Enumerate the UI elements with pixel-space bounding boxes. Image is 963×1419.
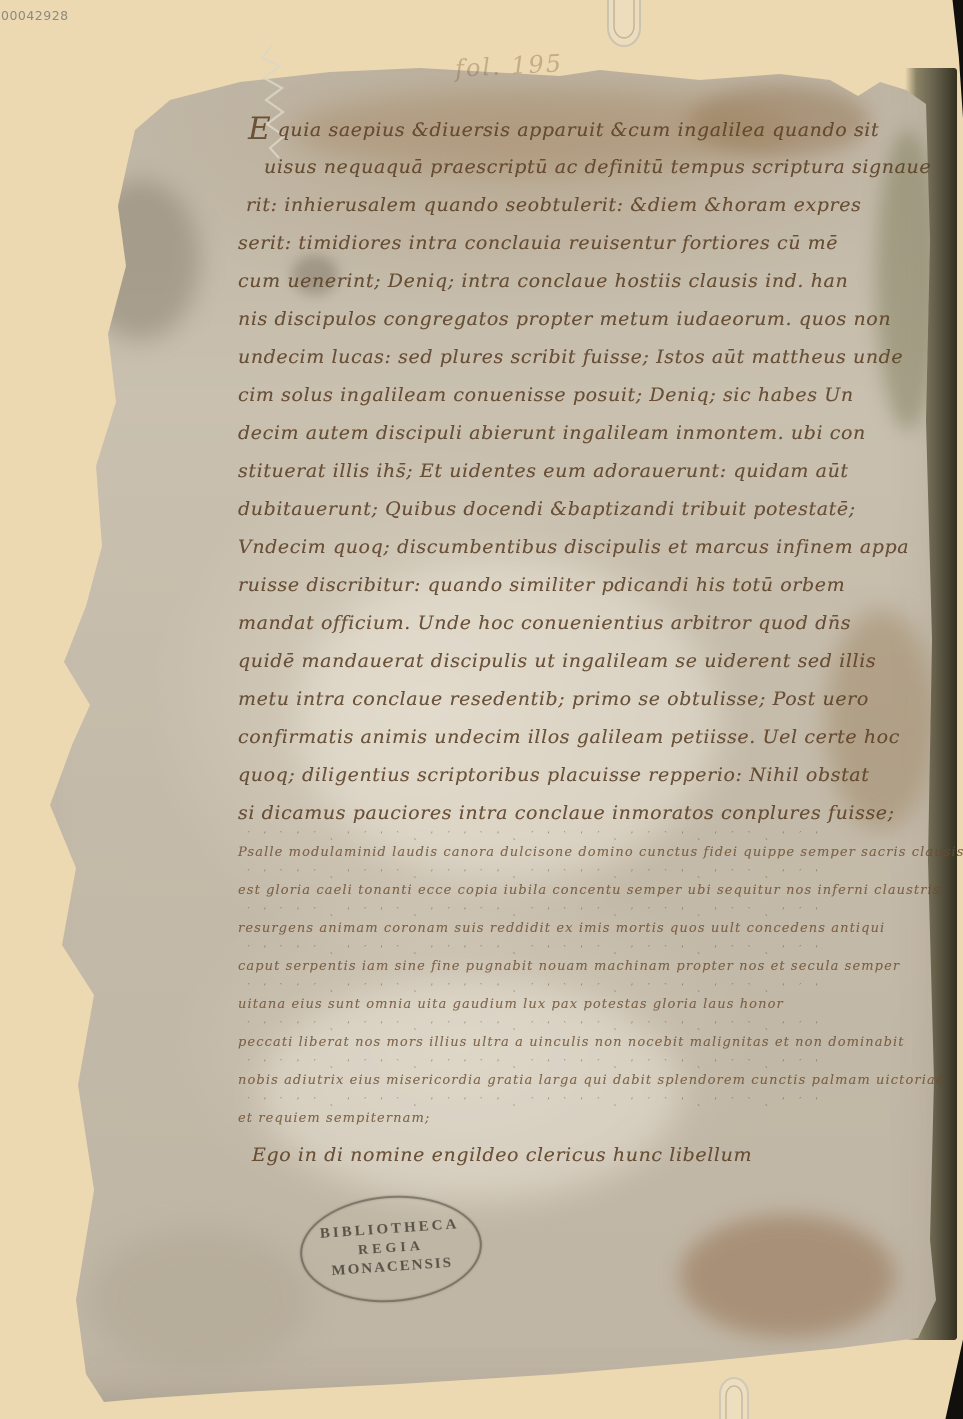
manuscript-line-text: nobis adiutrix eius misericordia gratia … [238, 1073, 945, 1088]
film-clip-bottom-icon [706, 1368, 776, 1419]
manuscript-line: ˊ ʼ ˋ ʼ ˊ ˎ ʼ ˊ ʼ ˋ ˎ ʼ ˊ ʼ ˋ ʼ ˎ ˊ ʼ ˋ … [238, 946, 914, 984]
stamp-line: MONACENSIS [331, 1254, 454, 1282]
manuscript-line-text: est gloria caeli tonanti ecce copia iubi… [238, 883, 941, 898]
manuscript-line-text: decim autem discipuli abierunt ingalilea… [238, 422, 866, 444]
manuscript-line: uisus nequaquā praescriptū ac definitū t… [238, 148, 914, 186]
manuscript-line-text: resurgens animam coronam suis reddidit e… [238, 921, 885, 936]
manuscript-line-text: si dicamus pauciores intra conclaue inmo… [238, 802, 895, 824]
manuscript-line-text: caput serpentis iam sine fine pugnabit n… [238, 959, 900, 974]
manuscript-line: dubitauerunt; Quibus docendi &baptizandi… [238, 490, 914, 528]
neume-marks: ˊ ʼ ˋ ʼ ˊ ˎ ʼ ˊ ʼ ˋ ˎ ʼ ˊ ʼ ˋ ʼ ˎ ˊ ʼ ˋ … [246, 907, 823, 917]
stain [680, 1215, 895, 1337]
manuscript-line: undecim lucas: sed plures scribit fuisse… [238, 338, 914, 376]
manuscript-line-text: Ego in di nomine engildeo clericus hunc … [252, 1144, 752, 1166]
stain [90, 1230, 310, 1370]
manuscript-line-text: undecim lucas: sed plures scribit fuisse… [238, 346, 903, 368]
manuscript-line-text: metu intra conclaue resedentib; primo se… [238, 688, 869, 710]
manuscript-line: ˊ ʼ ˋ ʼ ˊ ˎ ʼ ˊ ʼ ˋ ˎ ʼ ˊ ʼ ˋ ʼ ˎ ˊ ʼ ˋ … [238, 870, 914, 908]
manuscript-line: Ego in di nomine engildeo clericus hunc … [238, 1136, 914, 1174]
manuscript-line-text: peccati liberat nos mors illius ultra a … [238, 1035, 905, 1050]
manuscript-line-text: quidē mandauerat discipulis ut ingalilea… [238, 650, 876, 672]
neume-marks: ˊ ʼ ˋ ʼ ˊ ˎ ʼ ˊ ʼ ˋ ˎ ʼ ˊ ʼ ˋ ʼ ˎ ˊ ʼ ˋ … [246, 869, 823, 879]
manuscript-line: nis discipulos congregatos propter metum… [238, 300, 914, 338]
manuscript-line: metu intra conclaue resedentib; primo se… [238, 680, 914, 718]
manuscript-line-text: quoq; diligentius scriptoribus placuisse… [238, 764, 869, 786]
manuscript-line: ˊ ʼ ˋ ʼ ˊ ˎ ʼ ˊ ʼ ˋ ˎ ʼ ˊ ʼ ˋ ʼ ˎ ˊ ʼ ˋ … [238, 1098, 914, 1136]
manuscript-line-text: cum uenerint; Deniq; intra conclaue host… [238, 270, 848, 292]
manuscript-line: ˊ ʼ ˋ ʼ ˊ ˎ ʼ ˊ ʼ ˋ ˎ ʼ ˊ ʼ ˋ ʼ ˎ ˊ ʼ ˋ … [238, 1022, 914, 1060]
manuscript-text: Equia saepius &diuersis apparuit &cum in… [238, 110, 914, 1174]
manuscript-line: ˊ ʼ ˋ ʼ ˊ ˎ ʼ ˊ ʼ ˋ ˎ ʼ ˊ ʼ ˋ ʼ ˎ ˊ ʼ ˋ … [238, 832, 914, 870]
folio-number: fol. 195 [454, 49, 563, 83]
manuscript-line-text: stituerat illis ihs̄; Et uidentes eum ad… [238, 460, 849, 482]
manuscript-line: decim autem discipuli abierunt ingalilea… [238, 414, 914, 452]
manuscript-line: quidē mandauerat discipulis ut ingalilea… [238, 642, 914, 680]
neume-marks: ˊ ʼ ˋ ʼ ˊ ˎ ʼ ˊ ʼ ˋ ˎ ʼ ˊ ʼ ˋ ʼ ˎ ˊ ʼ ˋ … [246, 831, 823, 841]
scan-id-label: 00042928 [1, 8, 69, 23]
manuscript-line: Vndecim quoq; discumbentibus discipulis … [238, 528, 914, 566]
scan-cradle-corner [936, 1336, 963, 1419]
scan-viewport: fol. 195 Equia saepius &diuersis apparui… [0, 0, 963, 1419]
manuscript-line-text: mandat officium. Unde hoc conuenientius … [238, 612, 851, 634]
manuscript-line-text: quia saepius &diuersis apparuit &cum ing… [278, 119, 880, 141]
manuscript-line: mandat officium. Unde hoc conuenientius … [238, 604, 914, 642]
neume-marks: ˊ ʼ ˋ ʼ ˊ ˎ ʼ ˊ ʼ ˋ ˎ ʼ ˊ ʼ ˋ ʼ ˎ ˊ ʼ ˋ … [246, 1021, 823, 1031]
manuscript-line: ˊ ʼ ˋ ʼ ˊ ˎ ʼ ˊ ʼ ˋ ˎ ʼ ˊ ʼ ˋ ʼ ˎ ˊ ʼ ˋ … [238, 908, 914, 946]
manuscript-line-text: rit: inhierusalem quando seobtulerit: &d… [246, 194, 861, 216]
manuscript-line-text: confirmatis animis undecim illos galilea… [238, 726, 900, 748]
manuscript-line: serit: timidiores intra conclauia reuise… [238, 224, 914, 262]
manuscript-line-text: uisus nequaquā praescriptū ac definitū t… [264, 156, 931, 178]
manuscript-line-text: Vndecim quoq; discumbentibus discipulis … [238, 536, 909, 558]
manuscript-line: ˊ ʼ ˋ ʼ ˊ ˎ ʼ ˊ ʼ ˋ ˎ ʼ ˊ ʼ ˋ ʼ ˎ ˊ ʼ ˋ … [238, 1060, 914, 1098]
manuscript-line-text: cim solus ingalileam conuenisse posuit; … [238, 384, 854, 406]
manuscript-line: cim solus ingalileam conuenisse posuit; … [238, 376, 914, 414]
manuscript-line: confirmatis animis undecim illos galilea… [238, 718, 914, 756]
manuscript-line: ruisse discribitur: quando similiter pdi… [238, 566, 914, 604]
manuscript-line: quoq; diligentius scriptoribus placuisse… [238, 756, 914, 794]
manuscript-line: Equia saepius &diuersis apparuit &cum in… [238, 110, 914, 148]
manuscript-line-text: uitana eius sunt omnia uita gaudium lux … [238, 997, 784, 1012]
neume-marks: ˊ ʼ ˋ ʼ ˊ ˎ ʼ ˊ ʼ ˋ ˎ ʼ ˊ ʼ ˋ ʼ ˎ ˊ ʼ ˋ … [246, 1059, 823, 1069]
neume-marks: ˊ ʼ ˋ ʼ ˊ ˎ ʼ ˊ ʼ ˋ ˎ ʼ ˊ ʼ ˋ ʼ ˎ ˊ ʼ ˋ … [246, 983, 823, 993]
manuscript-line-text: serit: timidiores intra conclauia reuise… [238, 232, 838, 254]
manuscript-line: stituerat illis ihs̄; Et uidentes eum ad… [238, 452, 914, 490]
film-clip-top-icon [592, 0, 672, 58]
manuscript-line-text: et requiem sempiternam; [238, 1111, 430, 1126]
stain [80, 180, 200, 340]
manuscript-line: si dicamus pauciores intra conclaue inmo… [238, 794, 914, 832]
manuscript-line-text: Psalle modulaminid laudis canora dulciso… [238, 845, 963, 860]
manuscript-line-text: dubitauerunt; Quibus docendi &baptizandi… [238, 498, 856, 520]
manuscript-line: ˊ ʼ ˋ ʼ ˊ ˎ ʼ ˊ ʼ ˋ ˎ ʼ ˊ ʼ ˋ ʼ ˎ ˊ ʼ ˋ … [238, 984, 914, 1022]
manuscript-line-text: ruisse discribitur: quando similiter pdi… [238, 574, 845, 596]
initial-letter: E [248, 111, 271, 147]
manuscript-line-text: nis discipulos congregatos propter metum… [238, 308, 891, 330]
neume-marks: ˊ ʼ ˋ ʼ ˊ ˎ ʼ ˊ ʼ ˋ ˎ ʼ ˊ ʼ ˋ ʼ ˎ ˊ ʼ ˋ … [246, 1097, 823, 1107]
manuscript-line: rit: inhierusalem quando seobtulerit: &d… [238, 186, 914, 224]
neume-marks: ˊ ʼ ˋ ʼ ˊ ˎ ʼ ˊ ʼ ˋ ˎ ʼ ˊ ʼ ˋ ʼ ˎ ˊ ʼ ˋ … [246, 945, 823, 955]
manuscript-line: cum uenerint; Deniq; intra conclaue host… [238, 262, 914, 300]
